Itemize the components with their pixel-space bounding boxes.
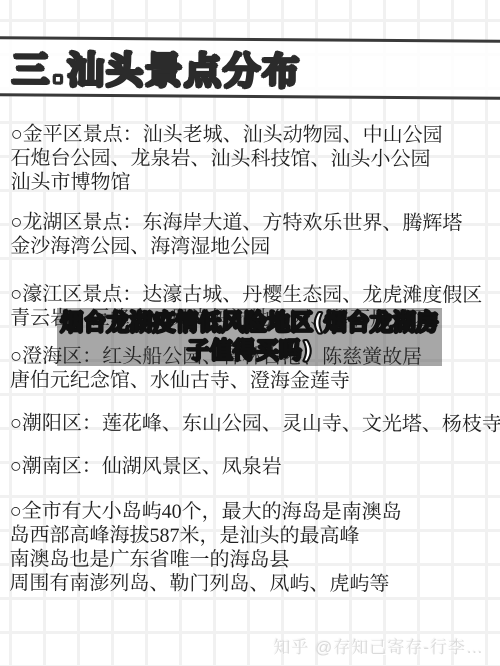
text-line: ○潮阳区：莲花峰、东山公园、灵山寺、文光塔、杨枝寺 bbox=[10, 411, 496, 436]
text-line: 岛西部高峰海拔587米，是汕头的最高峰 bbox=[10, 523, 496, 548]
text-line: 南澳岛也是广东省唯一的海岛县 bbox=[9, 547, 495, 572]
section-longhu: ○龙湖区景点：东海岸大道、方特欢乐世界、腾辉塔 金沙海湾公园、海湾湿地公园 bbox=[10, 210, 496, 259]
text-line: ○全市有大小岛屿40个，最大的海岛是南澳岛 bbox=[10, 499, 496, 524]
section-islands: ○全市有大小岛屿40个，最大的海岛是南澳岛 岛西部高峰海拔587米，是汕头的最高… bbox=[9, 499, 495, 596]
page-title: 三.汕头景点分布 bbox=[12, 39, 301, 95]
text-line: 周围有南澎列岛、勒门列岛、凤屿、虎屿等 bbox=[9, 571, 495, 596]
section-jinping: ○金平区景点：汕头老城、汕头动物园、中山公园 石炮台公园、龙泉岩、汕头科技馆、汕… bbox=[10, 122, 496, 195]
text-line: 石炮台公园、龙泉岩、汕头科技馆、汕头小公园 bbox=[10, 146, 496, 171]
text-line: 汕头市博物馆 bbox=[10, 170, 496, 195]
overlay-headline-line2: 子值得买吗) bbox=[187, 337, 313, 365]
text-line: 唐伯元纪念馆、水仙古寺、澄海金莲寺 bbox=[10, 368, 496, 393]
zhihu-watermark: 知乎 @存知己寄存-行李… bbox=[273, 633, 484, 658]
headline-watermark-overlay: 烟台龙湖疫情低风险地区(烟台龙湖房 子值得买吗) bbox=[57, 308, 442, 366]
note-page: 三.汕头景点分布 ○金平区景点：汕头老城、汕头动物园、中山公园 石炮台公园、龙泉… bbox=[0, 0, 500, 666]
section-chaoyang: ○潮阳区：莲花峰、东山公园、灵山寺、文光塔、杨枝寺 bbox=[10, 411, 496, 436]
text-line: ○龙湖区景点：东海岸大道、方特欢乐世界、腾辉塔 bbox=[10, 210, 496, 235]
text-line: ○金平区景点：汕头老城、汕头动物园、中山公园 bbox=[11, 122, 497, 147]
text-line: ○濠江区景点：达濠古城、丹樱生态园、龙虎滩度假区 bbox=[10, 282, 496, 307]
text-line: ○潮南区：仙湖风景区、凤泉岩 bbox=[10, 454, 496, 479]
overlay-headline-line1: 烟台龙湖疫情低风险地区(烟台龙湖房 bbox=[60, 309, 439, 337]
title-band: 三.汕头景点分布 bbox=[0, 36, 500, 100]
text-line: 金沙海湾公园、海湾湿地公园 bbox=[10, 234, 496, 259]
section-chaonan: ○潮南区：仙湖风景区、凤泉岩 bbox=[10, 454, 496, 479]
